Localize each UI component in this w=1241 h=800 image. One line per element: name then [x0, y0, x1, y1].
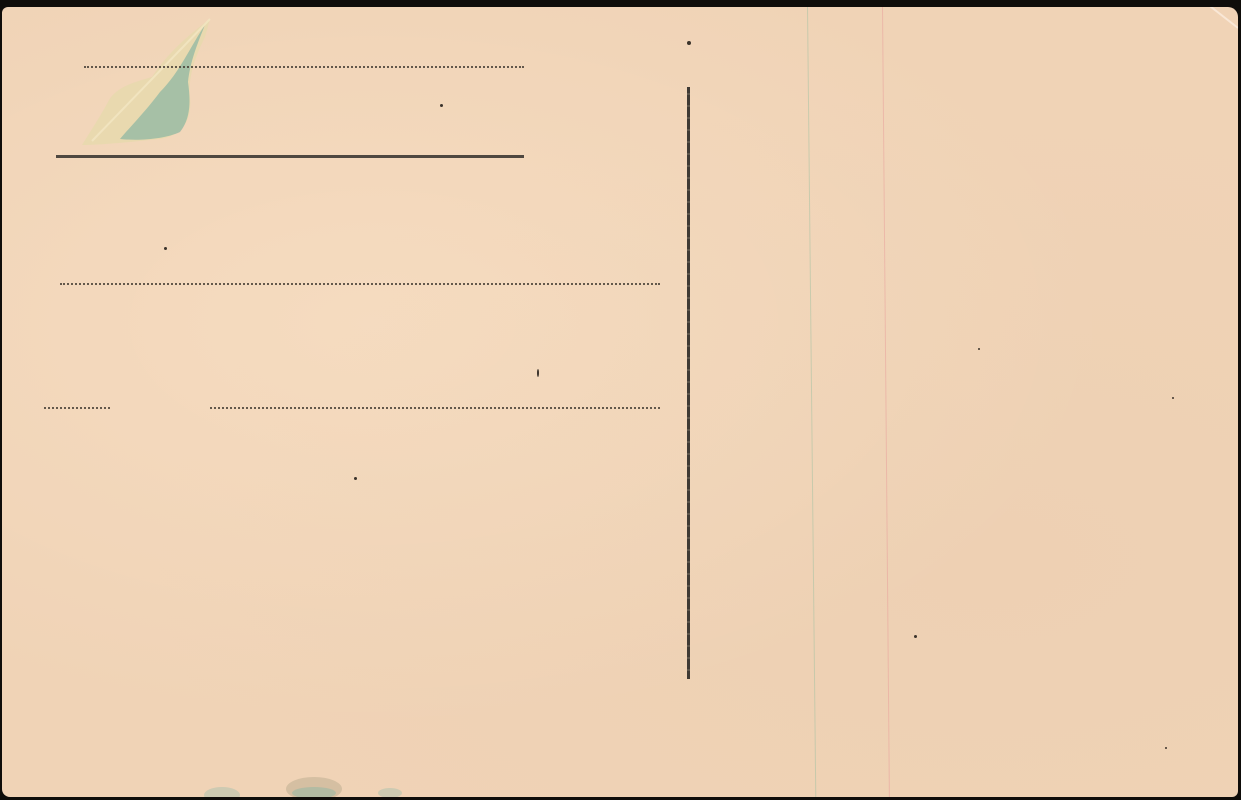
- vertical-divider: [687, 87, 690, 679]
- ink-speck: [1172, 397, 1174, 399]
- bottom-edge-stains: [192, 767, 412, 797]
- address-line-2: [56, 155, 524, 158]
- ink-speck: [354, 477, 357, 480]
- paper-remnant-stain: [80, 17, 220, 152]
- ink-speck: [164, 247, 167, 250]
- paper-fiber-pink: [882, 7, 890, 797]
- ink-speck: [537, 369, 539, 377]
- ink-speck: [440, 104, 443, 107]
- ink-speck: [914, 635, 917, 638]
- corner-crease: [1080, 7, 1238, 29]
- address-line-4-long: [210, 407, 660, 409]
- ink-speck: [687, 41, 691, 45]
- address-line-1: [84, 66, 524, 68]
- ink-speck: [978, 348, 980, 350]
- postcard-back: [2, 7, 1238, 797]
- paper-fiber-green: [807, 7, 816, 797]
- address-line-4-short: [44, 407, 110, 409]
- ink-speck: [1165, 747, 1167, 749]
- address-line-3: [60, 283, 660, 285]
